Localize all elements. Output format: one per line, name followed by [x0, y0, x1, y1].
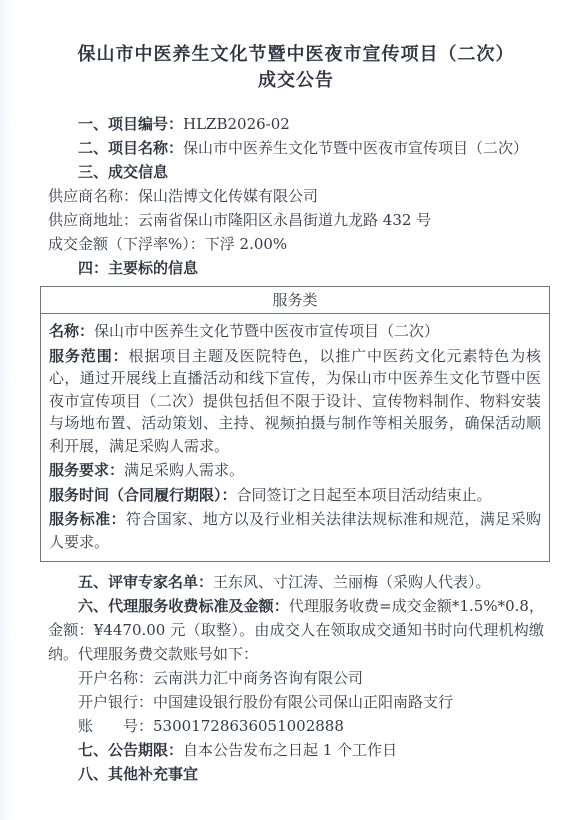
- doc-title-line2: 成交公告: [258, 70, 334, 91]
- table-row-scope: 服务范围：根据项目主题及医院特色，以推广中医药文化元素特色为核心，通过开展线上直…: [49, 345, 541, 458]
- field-project-name: 二、项目名称：保山市中医养生文化节暨中医夜市宣传项目（二次）: [48, 136, 544, 160]
- field-payee-name: 开户名称：云南洪力汇中商务咨询有限公司: [48, 666, 544, 690]
- field-deal-amount: 成交金额（下浮率%）：下浮 2.00%: [48, 232, 544, 256]
- field-payee-account: 账 号：53001728636051002888: [48, 714, 544, 738]
- service-table: 服务类 名称：保山市中医养生文化节暨中医夜市宣传项目（二次） 服务范围：根据项目…: [40, 286, 550, 562]
- heading-other-matters: 八、其他补充事宜: [48, 762, 544, 786]
- doc-title-line1: 保山市中医养生文化节暨中医夜市宣传项目（二次）: [78, 44, 515, 65]
- field-payee-bank: 开户银行：中国建设银行股份有限公司保山正阳南路支行: [48, 690, 544, 714]
- table-row-requirement: 服务要求：满足采购人需求。: [49, 459, 541, 482]
- field-notice-period: 七、公告期限：自本公告发布之日起 1 个工作日: [48, 738, 544, 762]
- doc-title: 保山市中医养生文化节暨中医夜市宣传项目（二次）成交公告: [48, 42, 544, 94]
- service-table-body: 名称：保山市中医养生文化节暨中医夜市宣传项目（二次） 服务范围：根据项目主题及医…: [41, 314, 549, 561]
- field-supplier-name: 供应商名称：保山浩博文化传媒有限公司: [48, 184, 544, 208]
- field-project-number: 一、项目编号：HLZB2026-02: [48, 112, 544, 136]
- field-experts: 五、评审专家名单：王东风、寸江涛、兰丽梅（采购人代表）。: [48, 570, 544, 594]
- service-table-header: 服务类: [41, 287, 549, 314]
- table-row-name: 名称：保山市中医养生文化节暨中医夜市宣传项目（二次）: [49, 320, 541, 343]
- field-agency-fee: 六、代理服务收费标准及金额：代理服务收费=成交金额*1.5%*0.8，金额：¥4…: [48, 594, 544, 666]
- field-supplier-address: 供应商地址：云南省保山市隆阳区永昌街道九龙路 432 号: [48, 208, 544, 232]
- table-row-period: 服务时间（合同履行期限）：合同签订之日起至本项目活动结束止。: [49, 484, 541, 507]
- heading-deal-info: 三、成交信息: [48, 160, 544, 184]
- heading-main-subject: 四：主要标的信息: [48, 256, 544, 280]
- document-page: 保山市中医养生文化节暨中医夜市宣传项目（二次）成交公告 一、项目编号：HLZB2…: [0, 0, 588, 820]
- table-row-standard: 服务标准：符合国家、地方以及行业相关法律法规标准和规范，满足采购人要求。: [49, 508, 541, 553]
